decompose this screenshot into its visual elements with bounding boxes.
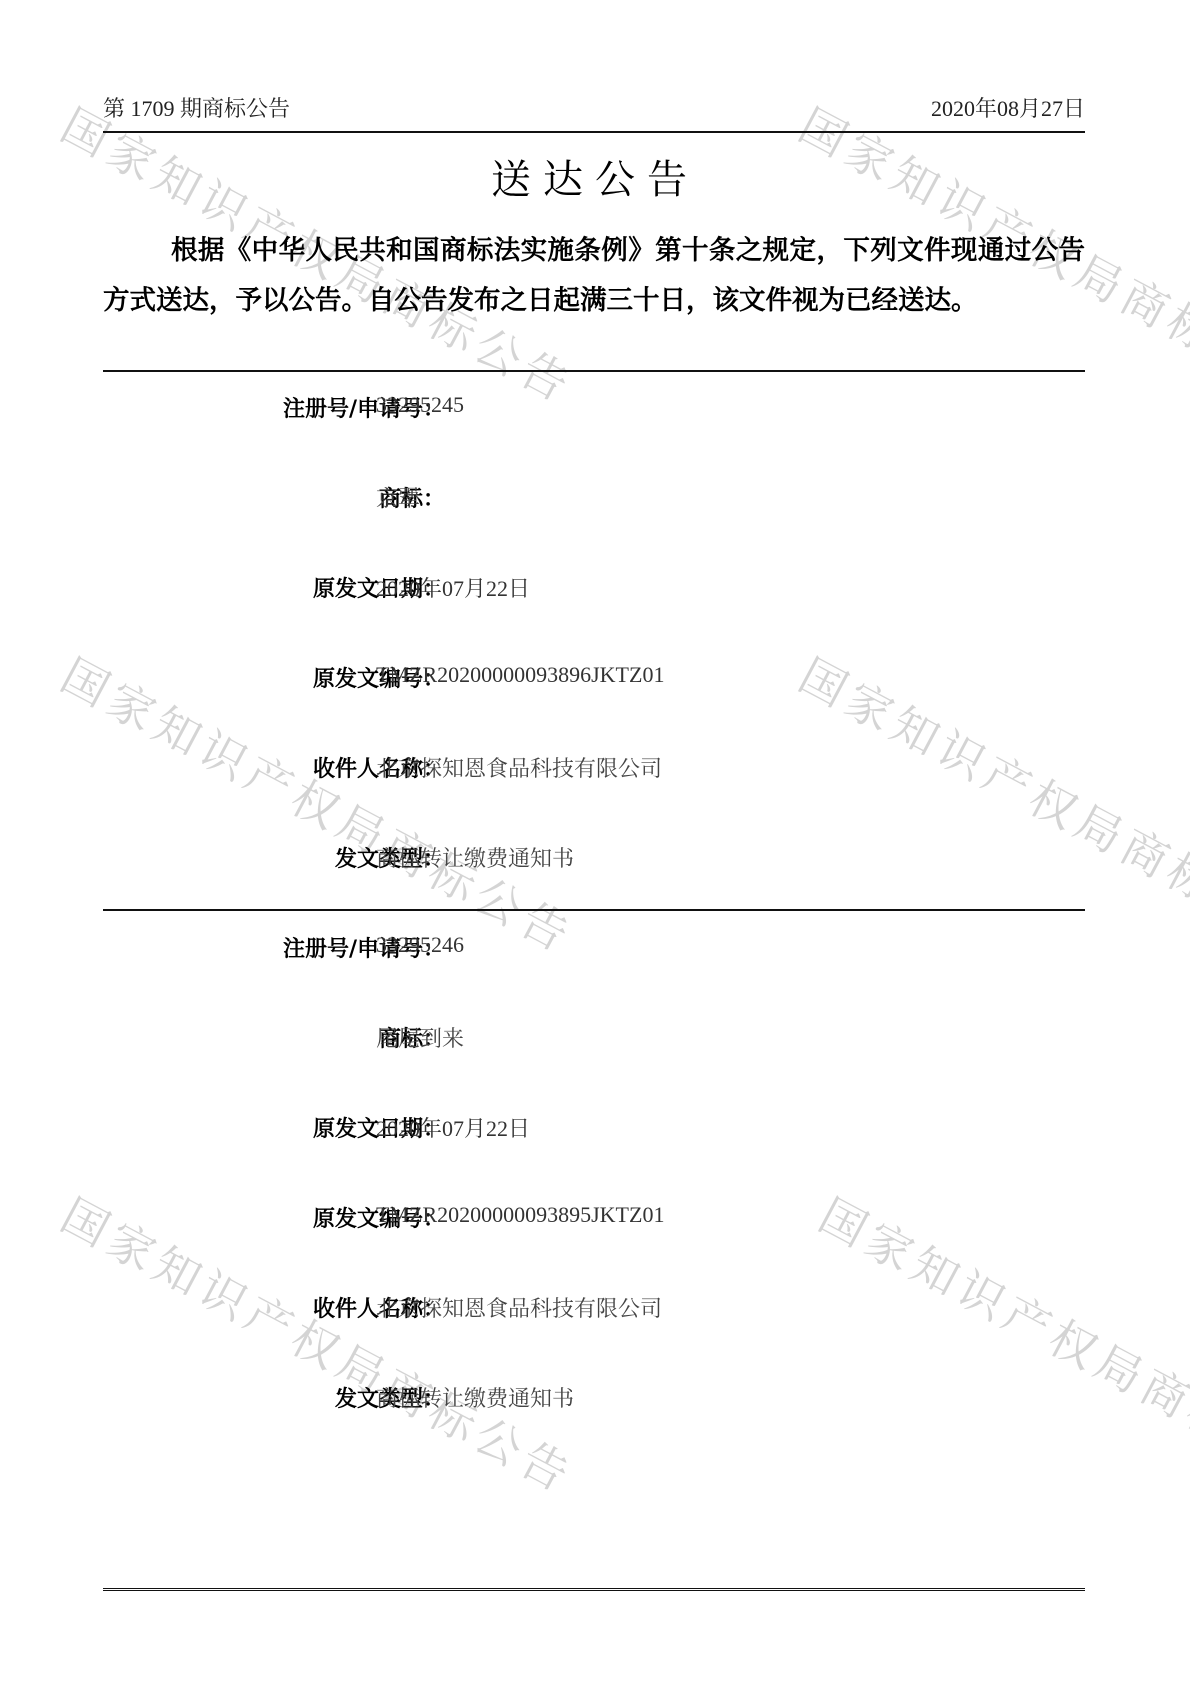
trademark-value: 尾尾到来: [376, 1022, 464, 1053]
page-title: 送达公告: [0, 148, 1190, 205]
intro-paragraph: 根据《中华人民共和国商标法实施条例》第十条之规定，下列文件现通过公告方式送达，予…: [103, 226, 1085, 326]
field-recipient: 收件人名称： 北京探知恩食品科技有限公司: [103, 1292, 1085, 1332]
field-reg-no: 注册号/申请号： 33295246: [103, 932, 1085, 972]
field-trademark: 商标： 京犟: [103, 482, 1085, 522]
publication-date: 2020年08月27日: [931, 92, 1085, 123]
recipient-value: 北京探知恩食品科技有限公司: [376, 1292, 662, 1323]
orig-date-value: 2020年07月22日: [376, 572, 530, 603]
orig-no-value: TMZR20200000093896JKTZ01: [376, 662, 664, 688]
issue-number: 第 1709 期商标公告: [103, 92, 290, 123]
field-orig-no: 原发文编号： TMZR20200000093895JKTZ01: [103, 1202, 1085, 1242]
recipient-value: 北京探知恩食品科技有限公司: [376, 752, 662, 783]
field-recipient: 收件人名称： 北京探知恩食品科技有限公司: [103, 752, 1085, 792]
doc-type-value: 商标转让缴费通知书: [376, 1382, 574, 1413]
reg-no-value: 33295246: [376, 932, 464, 958]
field-orig-no: 原发文编号： TMZR20200000093896JKTZ01: [103, 662, 1085, 702]
field-doc-type: 发文类型： 商标转让缴费通知书: [103, 1382, 1085, 1422]
field-orig-date: 原发文日期： 2020年07月22日: [103, 1112, 1085, 1152]
record-divider: [103, 909, 1085, 911]
reg-no-value: 33295245: [376, 392, 464, 418]
orig-no-value: TMZR20200000093895JKTZ01: [376, 1202, 664, 1228]
field-orig-date: 原发文日期： 2020年07月22日: [103, 572, 1085, 612]
trademark-value: 京犟: [376, 482, 420, 513]
section-divider: [103, 370, 1085, 372]
doc-type-value: 商标转让缴费通知书: [376, 842, 574, 873]
footer-divider: [103, 1588, 1085, 1592]
page-header: 第 1709 期商标公告 2020年08月27日: [103, 92, 1085, 128]
field-doc-type: 发文类型： 商标转让缴费通知书: [103, 842, 1085, 882]
header-divider: [103, 131, 1085, 133]
field-trademark: 商标： 尾尾到来: [103, 1022, 1085, 1062]
field-reg-no: 注册号/申请号： 33295245: [103, 392, 1085, 432]
orig-date-value: 2020年07月22日: [376, 1112, 530, 1143]
